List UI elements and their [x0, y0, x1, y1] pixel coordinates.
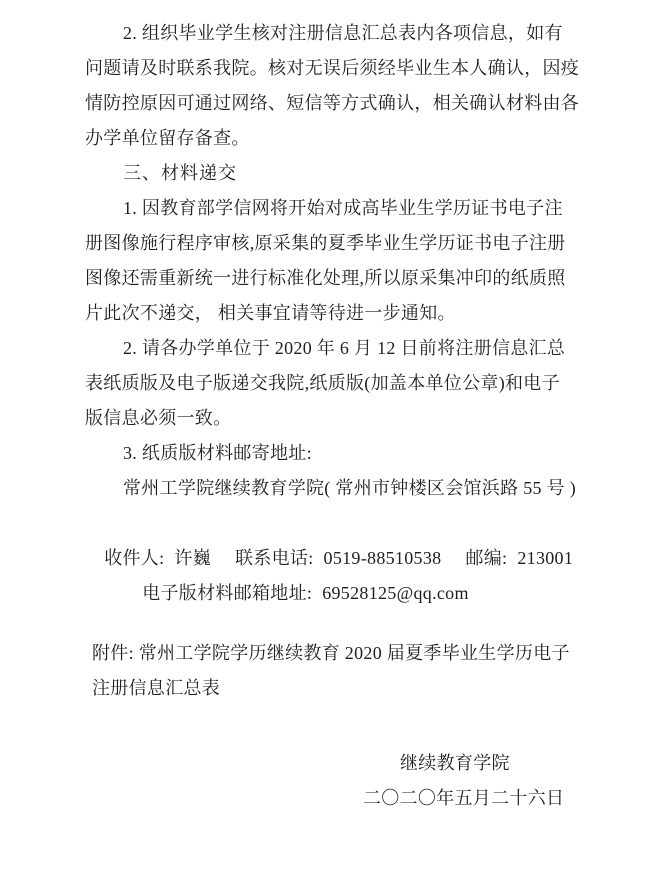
email-label: 电子版材料邮箱地址:	[142, 583, 312, 603]
para-photo-line-4: 片此次不递交， 相关事宜请等待进一步通知。	[0, 296, 659, 331]
recipient-name: 许巍	[174, 548, 211, 568]
attachment-line-2: 注册信息汇总表	[0, 671, 659, 706]
phone-number: 0519-88510538	[324, 548, 442, 568]
para-verify-line-2: 问题请及时联系我院。核对无误后须经毕业生本人确认，因疫	[0, 51, 659, 86]
para-verify-line-4: 办学单位留存备查。	[0, 121, 659, 156]
signature-org: 继续教育学院	[0, 746, 659, 781]
signature-date: 二〇二〇年五月二十六日	[0, 781, 659, 816]
para-photo-line-3: 图像还需重新统一进行标准化处理,所以原采集冲印的纸质照	[0, 261, 659, 296]
postcode-value: 213001	[517, 548, 573, 568]
section-heading-materials: 三、材料递交	[0, 156, 659, 191]
para-photo-line-2: 册图像施行程序审核,原采集的夏季毕业生学历证书电子注册	[0, 226, 659, 261]
para-deadline-line-2: 表纸质版及电子版递交我院,纸质版(加盖本单位公章)和电子	[0, 366, 659, 401]
para-verify-line-3: 情防控原因可通过网络、短信等方式确认，相关确认材料由各	[0, 86, 659, 121]
email-address: 69528125@qq.com	[322, 583, 469, 603]
phone-label: 联系电话:	[235, 548, 314, 568]
para-photo-line-1: 1. 因教育部学信网将开始对成高毕业生学历证书电子注	[0, 191, 659, 226]
para-deadline-line-1: 2. 请各办学单位于 2020 年 6 月 12 日前将注册信息汇总	[0, 331, 659, 366]
document-page: 2. 组织毕业学生核对注册信息汇总表内各项信息，如有 问题请及时联系我院。核对无…	[0, 0, 659, 875]
contact-line: 收件人:许巍联系电话:0519-88510538邮编:213001	[0, 506, 659, 541]
postcode-label: 邮编:	[465, 548, 507, 568]
para-verify-line-1: 2. 组织毕业学生核对注册信息汇总表内各项信息，如有	[0, 16, 659, 51]
mailing-address-heading: 3. 纸质版材料邮寄地址:	[0, 436, 659, 471]
attachment-line-1: 附件: 常州工学院学历继续教育 2020 届夏季毕业生学历电子	[0, 636, 659, 671]
recipient-label: 收件人:	[104, 548, 164, 568]
para-deadline-line-3: 版信息必须一致。	[0, 401, 659, 436]
mail-address-line: 常州工学院继续教育学院( 常州市钟楼区会馆浜路 55 号 )	[0, 471, 659, 506]
